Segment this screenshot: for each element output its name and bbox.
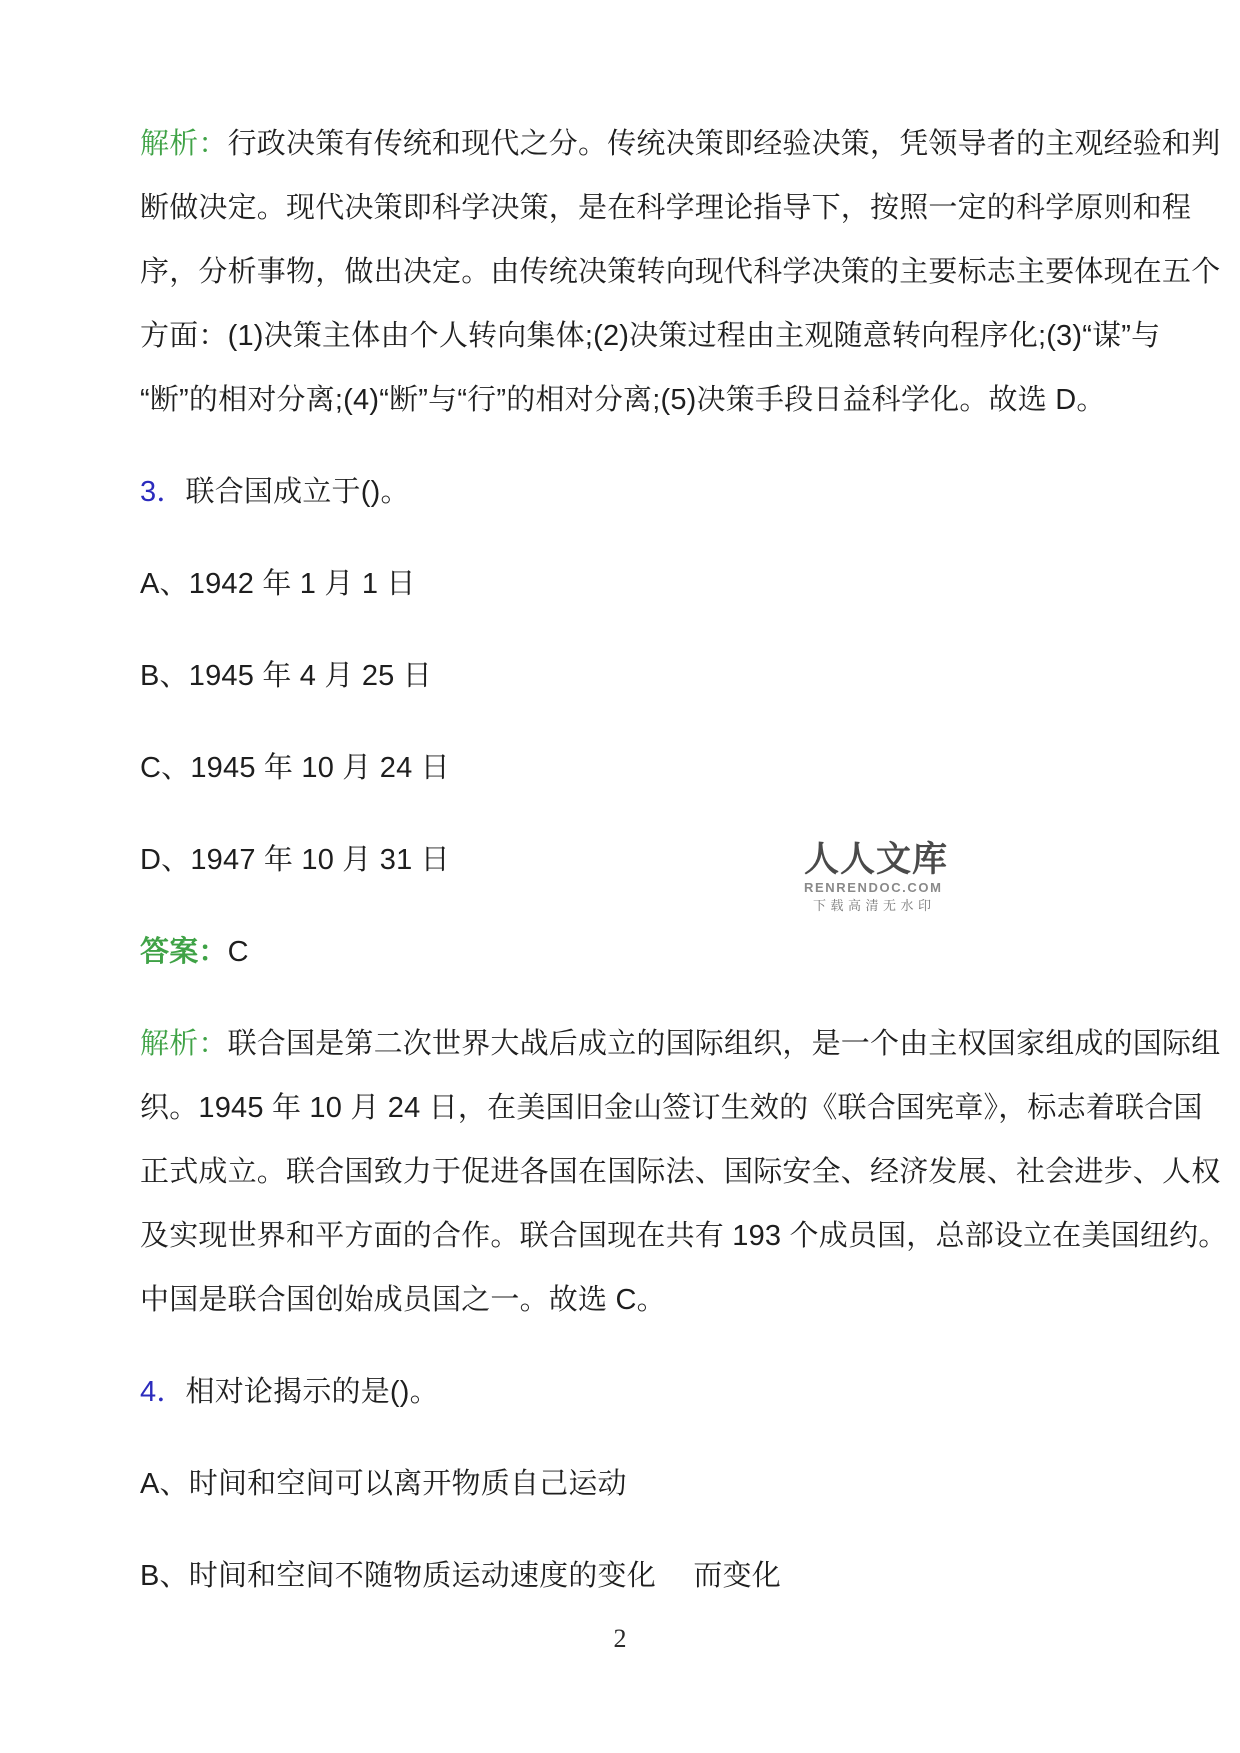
page-number: 2 <box>0 1624 1240 1654</box>
document-content: 解析：行政决策有传统和现代之分。传统决策即经验决策，凭领导者的主观经验和判 断做… <box>140 112 1240 1608</box>
explanation-2-label: 解析： <box>140 1028 228 1060</box>
question-3-number: 3． <box>140 476 186 508</box>
document-page: 解析：行政决策有传统和现代之分。传统决策即经验决策，凭领导者的主观经验和判 断做… <box>0 0 1240 1753</box>
explanation-2-paragraph: 解析：联合国是第二次世界大战后成立的国际组织，是一个由主权国家组成的国际组 织。… <box>140 1012 1240 1332</box>
explanation-1-label: 解析： <box>140 128 228 160</box>
explanation-2-text: 联合国是第二次世界大战后成立的国际组织，是一个由主权国家组成的国际组 织。194… <box>140 1028 1228 1316</box>
question-4-option-b: B、时间和空间不随物质运动速度的变化 而变化 <box>140 1544 1240 1608</box>
question-3-option-b: B、1945 年 4 月 25 日 <box>140 644 1240 708</box>
question-3-title: 3．联合国成立于()。 <box>140 460 1240 524</box>
watermark-logo-text: 人人文库 <box>804 842 940 877</box>
question-3-option-a: A、1942 年 1 月 1 日 <box>140 552 1240 616</box>
answer-3-line: 答案：C <box>140 920 1240 984</box>
renrendoc-watermark: 人人文库 RENRENDOC.COM 下载高清无水印 <box>804 842 940 912</box>
watermark-tagline-text: 下载高清无水印 <box>804 899 940 912</box>
question-4-option-a: A、时间和空间可以离开物质自己运动 <box>140 1452 1240 1516</box>
watermark-domain-text: RENRENDOC.COM <box>804 881 940 894</box>
question-4-text: 相对论揭示的是()。 <box>186 1376 439 1408</box>
explanation-1-text: 行政决策有传统和现代之分。传统决策即经验决策，凭领导者的主观经验和判 断做决定。… <box>140 128 1220 416</box>
question-3-option-c: C、1945 年 10 月 24 日 <box>140 736 1240 800</box>
question-4-number: 4． <box>140 1376 186 1408</box>
explanation-1-paragraph: 解析：行政决策有传统和现代之分。传统决策即经验决策，凭领导者的主观经验和判 断做… <box>140 112 1240 432</box>
question-4-title: 4．相对论揭示的是()。 <box>140 1360 1240 1424</box>
question-3-text: 联合国成立于()。 <box>186 476 410 508</box>
answer-3-label: 答案： <box>140 936 228 968</box>
question-3-option-d: D、1947 年 10 月 31 日 <box>140 828 1240 892</box>
answer-3-value: C <box>228 936 249 968</box>
